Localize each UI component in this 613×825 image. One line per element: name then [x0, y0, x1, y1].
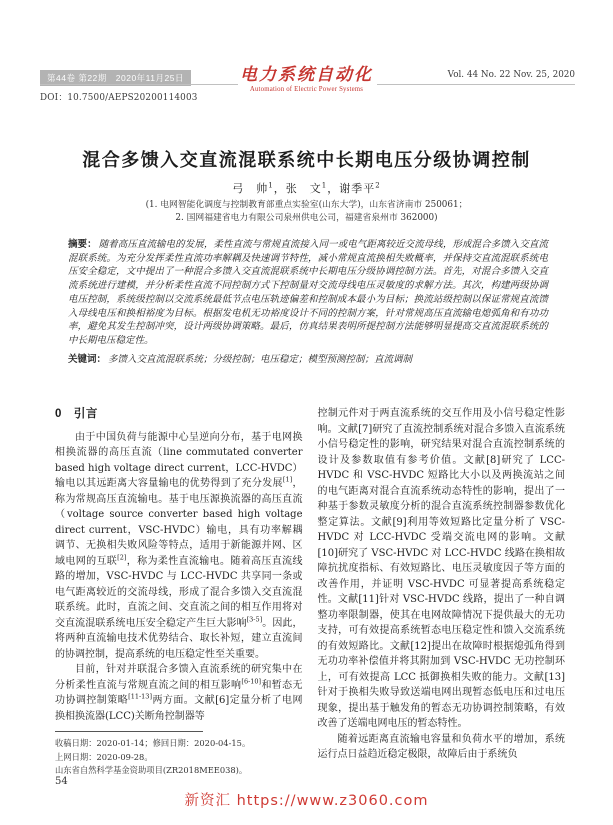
page-number: 54 [55, 776, 68, 787]
footnote-block: 收稿日期：2020-01-14；修回日期：2020-04-15。 上网日期：20… [55, 731, 303, 778]
author-name: 弓 帅 [232, 182, 268, 195]
abstract-block: 摘要：随着高压直流输电的发展，柔性直流与常规直流接入同一或电气距离较近交流母线，… [68, 238, 548, 366]
author-name: 谢季平 [339, 182, 375, 195]
paper-page: 第44卷 第22期 2020年11月25日 DOI：10.7500/AEPS20… [0, 0, 613, 825]
abstract-label: 摘要： [68, 239, 97, 250]
body-columns: 0引言 由于中国负荷与能源中心呈逆向分布，基于电网换相换流器的高压直流（line… [55, 406, 565, 778]
section-title: 引言 [74, 408, 98, 420]
volume-info: Vol. 44 No. 22 Nov. 25, 2020 [448, 70, 575, 80]
author-line: 弓 帅1，张 文1，谢季平2 [0, 180, 613, 196]
paragraph: 随着远距离直流输电容量和负荷水平的增加，系统运行点日益趋近稳定极限，故障后由于系… [318, 732, 566, 763]
author-name: 张 文 [286, 182, 322, 195]
right-column: 控制元件对于两直流系统的交互作用及小信号稳定性影响。文献[7]研究了直流控制系统… [318, 406, 566, 778]
left-column: 0引言 由于中国负荷与能源中心呈逆向分布，基于电网换相换流器的高压直流（line… [55, 406, 303, 778]
keywords-label: 关键词： [68, 354, 106, 365]
watermark-text: 新资汇 https://www.z3060.com [0, 789, 613, 810]
author-separator: ， [274, 182, 286, 195]
abstract-text: 随着高压直流输电的发展，柔性直流与常规直流接入同一或电气距离较近交流母线，形成混… [68, 239, 548, 346]
affiliation-2: 2. 国网福建省电力有限公司泉州供电公司，福建省泉州市 362000) [0, 212, 613, 225]
affiliations: (1. 电网智能化调度与控制教育部重点实验室(山东大学)，山东省济南市 2500… [0, 199, 613, 225]
paragraph: 目前，针对并联混合多馈入直流系统的研究集中在分析柔性直流与常规直流之间的相互影响… [55, 662, 303, 724]
journal-name-en: Automation of Electric Power Systems [0, 86, 613, 93]
paragraph: 由于中国负荷与能源中心呈逆向分布，基于电网换相换流器的高压直流（line com… [55, 430, 303, 663]
abstract-paragraph: 摘要：随着高压直流输电的发展，柔性直流与常规直流接入同一或电气距离较近交流母线，… [68, 238, 548, 348]
keywords-text: 多馈入交直流混联系统；分级控制；电压稳定；模型预测控制；直流调制 [108, 354, 412, 365]
affiliation-1: (1. 电网智能化调度与控制教育部重点实验室(山东大学)，山东省济南市 2500… [0, 199, 613, 212]
section-0-heading: 0引言 [55, 407, 303, 423]
paper-title: 混合多馈入交直流混联系统中长期电压分级协调控制 [0, 146, 613, 172]
author-affil-mark: 2 [375, 181, 380, 189]
footnote-divider [55, 731, 203, 732]
section-number: 0 [55, 408, 62, 420]
paragraph: 控制元件对于两直流系统的交互作用及小信号稳定性影响。文献[7]研究了直流控制系统… [318, 406, 566, 732]
author-separator: ， [327, 182, 339, 195]
footnote-received-date: 收稿日期：2020-01-14；修回日期：2020-04-15。 [55, 737, 303, 751]
footnote-funding: 山东省自然科学基金资助项目(ZR2018MEE038)。 [55, 764, 303, 778]
footnote-online-date: 上网日期：2020-09-28。 [55, 751, 303, 765]
keywords-line: 关键词：多馈入交直流混联系统；分级控制；电压稳定；模型预测控制；直流调制 [68, 353, 548, 367]
